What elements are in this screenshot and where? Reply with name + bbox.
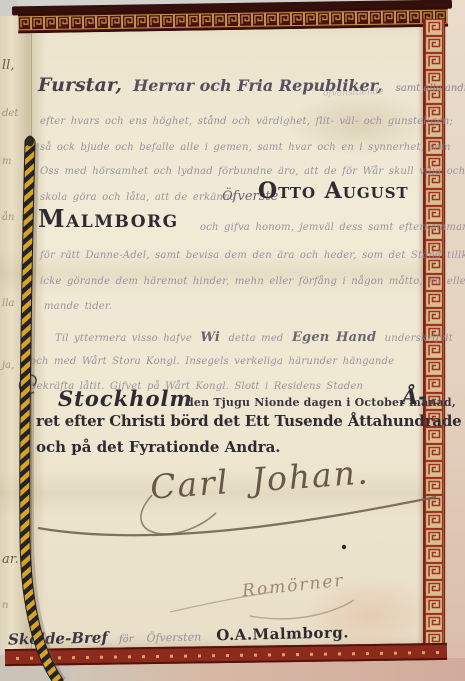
body-line-4: Oss med hörsamhet och lydnad förbundne ä… [40,166,465,177]
gutter-fragment: ll, [2,58,14,73]
gutter-fragment: ja, [2,360,14,371]
date-city: Stockholm [58,386,193,411]
docket-title: Skölde-Bref [8,628,108,648]
pencil-annotation: ofvanstående [323,87,384,99]
date-line-3: och på det Fyrationde Andra. [36,438,281,456]
body-line-8: icke görande dem häremot hinder, mehn el… [40,276,465,287]
docket-preposition: för [119,634,134,645]
docket-name: O.A.Malmborg. [216,623,349,644]
recipient-name-last: Malmborg [38,204,179,233]
gutter-fragment: m [2,156,11,167]
docket-rank: Öfversten [146,631,201,645]
closing-1a: Til yttermera visso hafve [55,333,192,344]
closing-egen-hand: Egen Hand [292,330,376,345]
body-line-6: och gifva honom, jemväl dess samt efterk… [200,222,465,233]
recipient-name-first: Otto August [258,178,409,204]
gutter-fragment: ån [2,212,14,223]
body-line-3: så ock bjude och befalle alle i gemen, s… [40,142,451,153]
closing-1c: detta med [228,333,283,344]
gutter-fragment: ar. [2,552,19,567]
closing-wi: Wi [200,330,220,345]
date-year-initial: Å- [402,384,427,409]
date-line-2: ret efter Christi börd det Ett Tusende Å… [36,412,461,430]
previous-page-edge [31,16,32,652]
gutter-fragment: n [2,600,8,611]
body-line-9: mande tider. [44,301,112,312]
body-line-5: skola göra och låta, att de erkänna [40,192,236,203]
opening-faint-tail: samt alla andra [396,83,465,94]
document-scan: ll, det m ån lla ja, ar. n Furstar, Herr… [0,0,465,681]
body-line-7: för rätt Danne-Adel, samt bevisa dem den… [40,250,465,261]
closing-line-2: och med Wårt Stora Kongl. Insegels verke… [30,356,394,367]
opening-line: Furstar, Herrar och Fria Republiker, sam… [38,74,465,96]
gutter-fragment: det [2,108,18,119]
closing-line-1: Til yttermera visso hafve Wi detta med E… [55,330,453,345]
body-line-2: efter hvars och ens höghet, stånd och vä… [40,116,453,127]
closing-1e: underskrifvit [385,333,453,344]
opening-word-furstar: Furstar, [38,74,122,96]
gutter-fragment: lla [2,298,14,309]
